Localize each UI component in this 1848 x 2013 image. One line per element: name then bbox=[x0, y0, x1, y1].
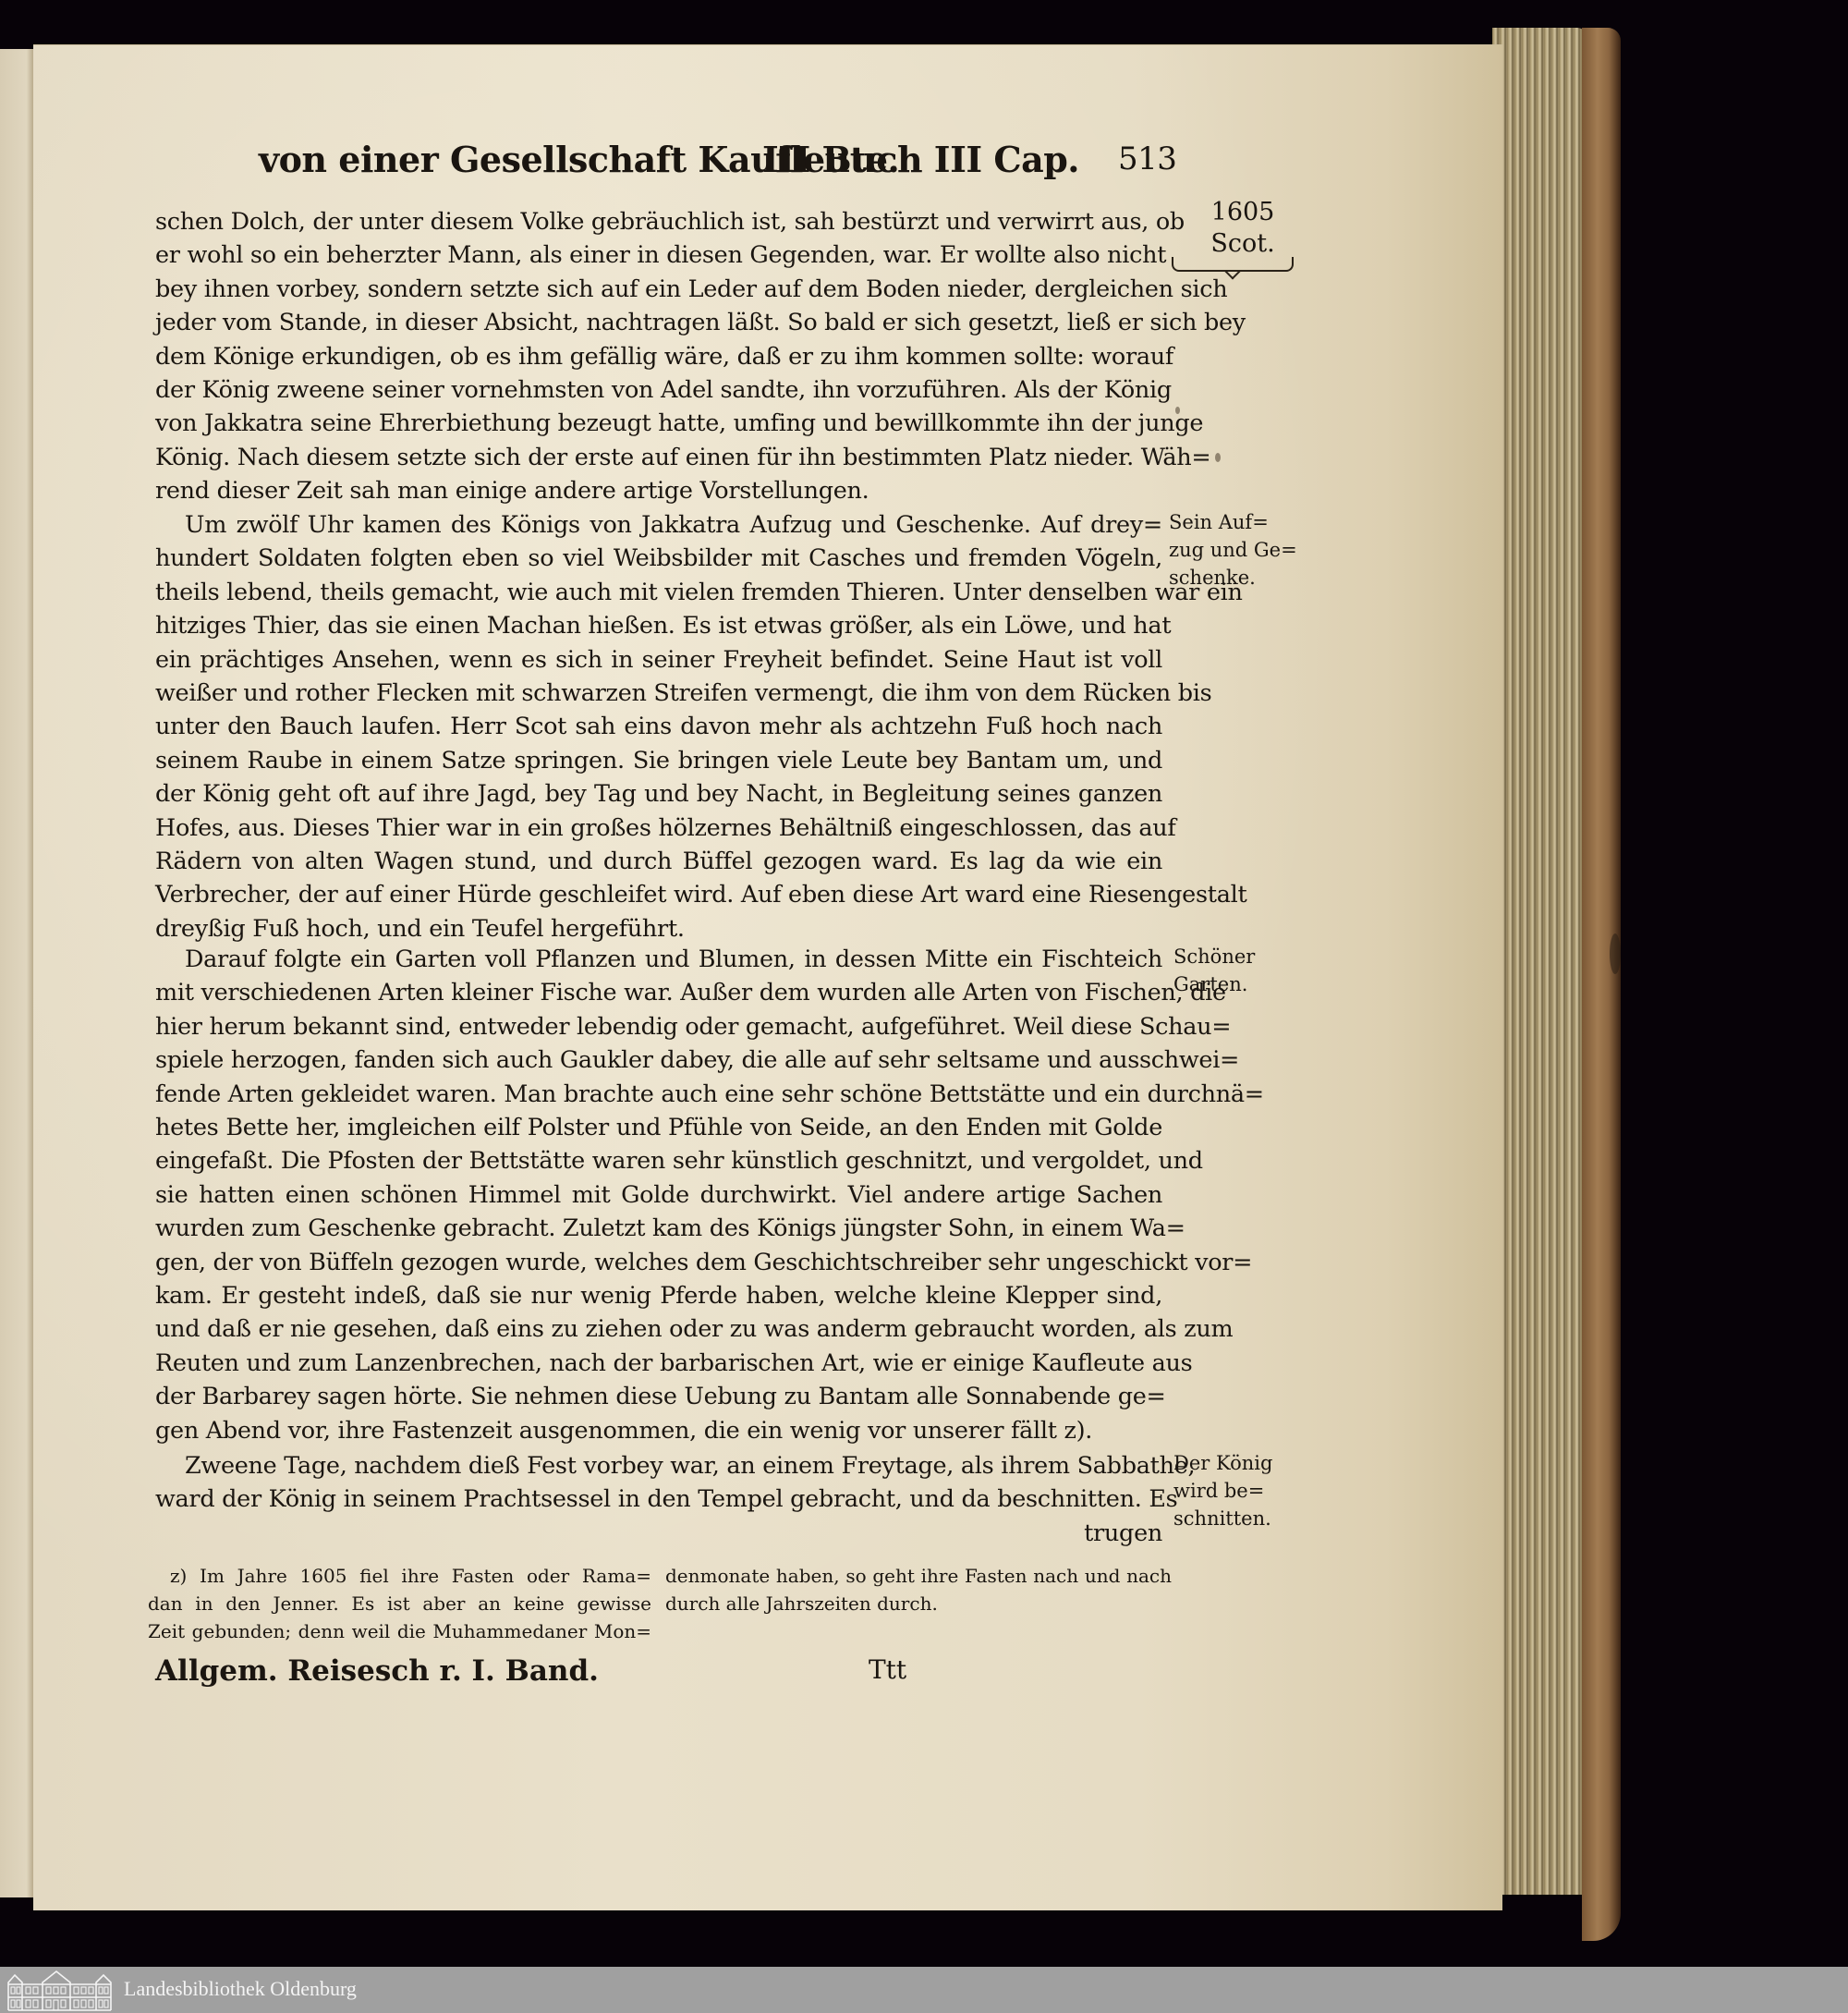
text-line: spiele herzogen, fanden sich auch Gaukle… bbox=[155, 1043, 1162, 1077]
text-line: gen, der von Büffeln gezogen wurde, welc… bbox=[155, 1246, 1162, 1279]
text-line: Reuten und zum Lanzenbrechen, nach der b… bbox=[155, 1347, 1162, 1380]
text-line: von Jakkatra seine Ehrerbiethung bezeugt… bbox=[155, 407, 1162, 440]
text-line: wurden zum Geschenke gebracht. Zuletzt k… bbox=[155, 1212, 1162, 1245]
footnote-line: durch alle Jahrszeiten durch. bbox=[665, 1590, 1172, 1617]
margin-note-line: Sein Auf= bbox=[1169, 508, 1297, 536]
text-line: gen Abend vor, ihre Fastenzeit ausgenomm… bbox=[155, 1414, 1162, 1447]
margin-year: 1605 bbox=[1192, 197, 1294, 228]
sheet-signature: Ttt bbox=[869, 1654, 906, 1685]
text-line: König. Nach diesem setzte sich der erste… bbox=[155, 441, 1162, 474]
paragraph-2: Um zwölf Uhr kamen des Königs von Jakkat… bbox=[155, 508, 1162, 945]
text-line: bey ihnen vorbey, sondern setzte sich au… bbox=[155, 273, 1162, 306]
text-line: hitziges Thier, das sie einen Machan hie… bbox=[155, 609, 1162, 642]
catchword: trugen bbox=[155, 1517, 1162, 1550]
text-line: der Barbarey sagen hörte. Sie nehmen die… bbox=[155, 1380, 1162, 1413]
stain-mark bbox=[1610, 933, 1621, 974]
text-line: theils lebend, theils gemacht, wie auch … bbox=[155, 576, 1162, 609]
text-line: hier herum bekannt sind, entweder lebend… bbox=[155, 1010, 1162, 1043]
margin-note-year: 1605 Scot. bbox=[1192, 197, 1294, 260]
text-line: Hofes, aus. Dieses Thier war in ein groß… bbox=[155, 811, 1162, 845]
text-line: unter den Bauch laufen. Herr Scot sah ei… bbox=[155, 710, 1162, 743]
footnote-column-1: z) Im Jahre 1605 fiel ihre Fasten oder R… bbox=[148, 1562, 651, 1645]
text-line: kam. Er gesteht indeß, daß sie nur wenig… bbox=[155, 1279, 1162, 1312]
text-line: der König zweene seiner vornehmsten von … bbox=[155, 373, 1162, 407]
institution-name: Landesbibliothek Oldenburg bbox=[124, 1977, 357, 2001]
text-line: hetes Bette her, imgleichen eilf Polster… bbox=[155, 1111, 1162, 1144]
text-line: eingefaßt. Die Pfosten der Bettstätte wa… bbox=[155, 1144, 1162, 1177]
footer-bar: Landesbibliothek Oldenburg bbox=[0, 1967, 1848, 2013]
text-line: er wohl so ein beherzter Mann, als einer… bbox=[155, 238, 1162, 272]
text-line: mit verschiedenen Arten kleiner Fische w… bbox=[155, 976, 1162, 1009]
text-line: sie hatten einen schönen Himmel mit Gold… bbox=[155, 1178, 1162, 1212]
footnote-line: z) Im Jahre 1605 fiel ihre Fasten oder R… bbox=[148, 1562, 651, 1590]
margin-note-line: zug und Ge= bbox=[1169, 536, 1297, 564]
text-line: fende Arten gekleidet waren. Man brachte… bbox=[155, 1078, 1162, 1111]
paragraph-4: Zweene Tage, nachdem dieß Fest vorbey wa… bbox=[155, 1449, 1162, 1550]
page-number: 513 bbox=[1118, 140, 1176, 177]
text-line: Zweene Tage, nachdem dieß Fest vorbey wa… bbox=[155, 1449, 1162, 1482]
footnote-line: denmonate haben, so geht ihre Fasten nac… bbox=[665, 1562, 1172, 1590]
text-line: dreyßig Fuß hoch, und ein Teufel hergefü… bbox=[155, 912, 1162, 945]
paragraph-1: schen Dolch, der unter diesem Volke gebr… bbox=[155, 205, 1162, 508]
brace-ornament bbox=[1172, 257, 1294, 272]
paragraph-3: Darauf folgte ein Garten voll Pflanzen u… bbox=[155, 943, 1162, 1447]
scan-background: von einer Gesellschaft Kaufleute. III Bu… bbox=[0, 0, 1848, 1967]
stain-mark bbox=[1215, 453, 1221, 462]
text-line: seinem Raube in einem Satze springen. Si… bbox=[155, 744, 1162, 777]
margin-note-line: Der König bbox=[1173, 1449, 1272, 1477]
library-building-icon bbox=[6, 1970, 115, 2011]
footnote-line: Zeit gebunden; denn weil die Muhammedane… bbox=[148, 1617, 651, 1645]
margin-note-line: schenke. bbox=[1169, 564, 1297, 592]
text-line: ein prächtiges Ansehen, wenn es sich in … bbox=[155, 643, 1162, 677]
text-line: Darauf folgte ein Garten voll Pflanzen u… bbox=[155, 943, 1162, 976]
margin-note-garden: Schöner Garten. bbox=[1173, 943, 1255, 998]
chapter-reference: III Buch III Cap. bbox=[762, 139, 1079, 180]
text-line: Rädern von alten Wagen stund, und durch … bbox=[155, 845, 1162, 878]
page-text: von einer Gesellschaft Kaufleute. III Bu… bbox=[0, 0, 1848, 1967]
margin-note-line: Garten. bbox=[1173, 970, 1255, 998]
text-line: ward der König in seinem Prachtsessel in… bbox=[155, 1482, 1162, 1516]
text-line: hundert Soldaten folgten eben so viel We… bbox=[155, 542, 1162, 575]
footnote-line: dan in den Jenner. Es ist aber an keine … bbox=[148, 1590, 651, 1617]
text-line: weißer und rother Flecken mit schwarzen … bbox=[155, 677, 1162, 710]
text-line: Um zwölf Uhr kamen des Königs von Jakkat… bbox=[155, 508, 1162, 542]
text-line: jeder vom Stande, in dieser Absicht, nac… bbox=[155, 306, 1162, 339]
margin-note-line: schnitten. bbox=[1173, 1505, 1272, 1532]
text-line: Verbrecher, der auf einer Hürde geschlei… bbox=[155, 878, 1162, 911]
margin-note-procession: Sein Auf= zug und Ge= schenke. bbox=[1169, 508, 1297, 592]
running-header: von einer Gesellschaft Kaufleute. III Bu… bbox=[259, 139, 1164, 185]
text-line: und daß er nie gesehen, daß eins zu zieh… bbox=[155, 1312, 1162, 1346]
margin-name: Scot. bbox=[1192, 228, 1294, 260]
volume-signature: Allgem. Reisesch r. I. Band. bbox=[155, 1654, 599, 1688]
margin-note-circumcision: Der König wird be= schnitten. bbox=[1173, 1449, 1272, 1532]
margin-note-line: wird be= bbox=[1173, 1477, 1272, 1505]
text-line: dem Könige erkundigen, ob es ihm gefälli… bbox=[155, 340, 1162, 373]
footnote-column-2: denmonate haben, so geht ihre Fasten nac… bbox=[665, 1562, 1172, 1617]
stain-mark bbox=[1175, 407, 1180, 414]
text-line: schen Dolch, der unter diesem Volke gebr… bbox=[155, 205, 1162, 238]
text-line: der König geht oft auf ihre Jagd, bey Ta… bbox=[155, 777, 1162, 811]
text-line: rend dieser Zeit sah man einige andere a… bbox=[155, 474, 1162, 507]
margin-note-line: Schöner bbox=[1173, 943, 1255, 970]
